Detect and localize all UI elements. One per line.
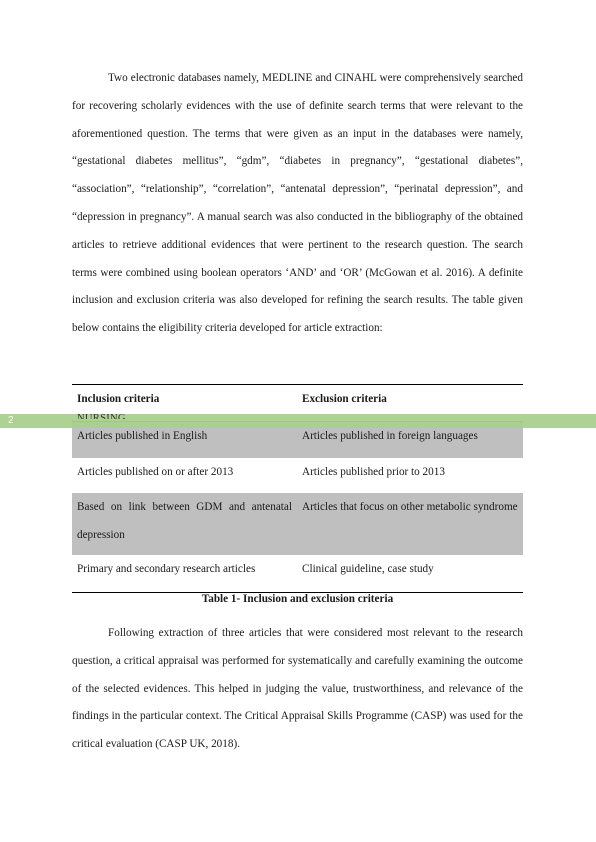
table-row: Articles published on or after 2013 Arti… (72, 458, 523, 493)
inclusion-cell: Articles published on or after 2013 (72, 458, 297, 493)
exclusion-cell: Clinical guideline, case study (297, 555, 523, 593)
body-paragraph-2: Following extraction of three articles t… (72, 620, 523, 759)
running-head: NURSING (77, 413, 126, 419)
table-row: Primary and secondary research articles … (72, 555, 523, 593)
paragraph-1-text: Two electronic databases namely, MEDLINE… (72, 72, 523, 334)
inclusion-cell: Based on link between GDM and antenatal … (72, 493, 297, 555)
inclusion-cell: Primary and secondary research articles (72, 555, 297, 593)
table-caption: Table 1- Inclusion and exclusion criteri… (72, 590, 523, 608)
table-row: Based on link between GDM and antenatal … (72, 493, 523, 555)
page-number: 2 (8, 414, 14, 428)
document-page: Two electronic databases namely, MEDLINE… (0, 0, 596, 842)
exclusion-cell: Articles published prior to 2013 (297, 458, 523, 493)
paragraph-2-text: Following extraction of three articles t… (72, 627, 523, 750)
exclusion-cell: Articles that focus on other metabolic s… (297, 493, 523, 555)
body-paragraph-1: Two electronic databases namely, MEDLINE… (72, 65, 523, 343)
